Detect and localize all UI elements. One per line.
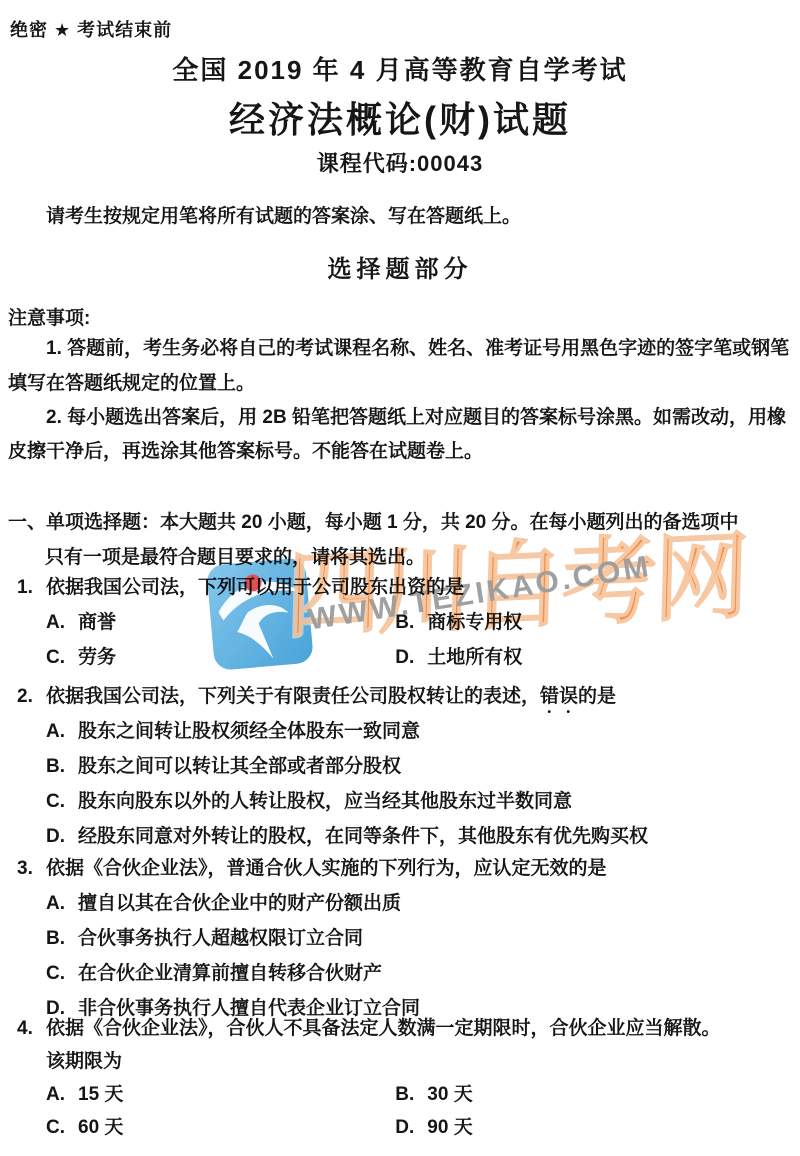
- option-label: C.: [46, 640, 65, 675]
- option-text: 商标专用权: [427, 612, 522, 633]
- classification-banner: 绝密 ★ 考试结束前: [10, 16, 172, 42]
- option-text: 股东之间可以转让其全部或者部分股权: [78, 756, 401, 777]
- question-1-option-c: C.劳务: [46, 640, 390, 675]
- option-text: 90 天: [427, 1117, 472, 1138]
- exam-title: 全国 2019 年 4 月高等教育自学考试: [0, 50, 800, 87]
- question-3-option-a: A.擅自以其在合伙企业中的财产份额出质: [0, 886, 800, 921]
- question-1-stem: 1. 依据我国公司法，下列可以用于公司股东出资的是: [0, 570, 800, 605]
- option-text: 擅自以其在合伙企业中的财产份额出质: [78, 893, 401, 914]
- answer-sheet-notice: 请考生按规定用笔将所有试题的答案涂、写在答题纸上。: [8, 201, 792, 228]
- option-text: 经股东同意对外转让的股权，在同等条件下，其他股东有优先购买权: [78, 826, 648, 847]
- question-4-stem-continuation: 该期限为: [46, 1051, 122, 1072]
- question-4-options-row-2: C.60 天 D.90 天: [0, 1111, 800, 1144]
- question-2-stem: 2. 依据我国公司法，下列关于有限责任公司股权转让的表述，错误的是: [0, 679, 800, 714]
- option-label: B.: [46, 921, 65, 956]
- question-3-stem: 3. 依据《合伙企业法》，普通合伙人实施的下列行为，应认定无效的是: [0, 851, 800, 886]
- option-text: 30 天: [427, 1084, 472, 1105]
- question-2: 2. 依据我国公司法，下列关于有限责任公司股权转让的表述，错误的是 A.股东之间…: [0, 679, 800, 854]
- question-2-stem-suffix: 的是: [578, 686, 616, 707]
- question-4-stem-text: 依据《合伙企业法》，合伙人不具备法定人数满一定期限时，合伙企业应当解散。: [46, 1018, 721, 1039]
- question-2-option-a: A.股东之间转让股权须经全体股东一致同意: [0, 714, 800, 749]
- question-3-option-c: C.在合伙企业清算前擅自转移合伙财产: [0, 956, 800, 991]
- option-text: 60 天: [78, 1117, 123, 1138]
- option-label: D.: [46, 819, 65, 854]
- course-code: 课程代码:00043: [0, 147, 800, 178]
- question-4-stem-line-2: 该期限为: [0, 1045, 800, 1078]
- question-2-option-c: C.股东向股东以外的人转让股权，应当经其他股东过半数同意: [0, 784, 800, 819]
- question-4-option-c: C.60 天: [46, 1111, 390, 1144]
- question-4-option-a: A.15 天: [46, 1078, 390, 1111]
- option-label: A.: [46, 605, 65, 640]
- section-title: 选择题部分: [0, 249, 800, 284]
- question-3: 3. 依据《合伙企业法》，普通合伙人实施的下列行为，应认定无效的是 A.擅自以其…: [0, 851, 800, 1026]
- option-text: 商誉: [78, 612, 116, 633]
- option-label: C.: [46, 1111, 65, 1144]
- note-1-line-1: 1. 答题前，考生务必将自己的考试课程名称、姓名、准考证号用黑色字迹的签字笔或钢…: [8, 337, 796, 361]
- question-4-option-b: B.30 天: [395, 1084, 472, 1105]
- question-1: 1. 依据我国公司法，下列可以用于公司股东出资的是 A.商誉 B.商标专用权 C…: [0, 570, 800, 675]
- option-label: A.: [46, 1078, 65, 1111]
- question-2-stem-prefix: 依据我国公司法，下列关于有限责任公司股权转让的表述，: [46, 686, 540, 707]
- option-text: 股东之间转让股权须经全体股东一致同意: [78, 721, 420, 742]
- option-text: 土地所有权: [427, 647, 522, 668]
- question-3-number: 3.: [17, 851, 33, 886]
- notes-title: 注意事项:: [8, 303, 90, 330]
- question-4-number: 4.: [17, 1012, 33, 1045]
- option-text: 股东向股东以外的人转让股权，应当经其他股东过半数同意: [78, 791, 572, 812]
- question-2-option-d: D.经股东同意对外转让的股权，在同等条件下，其他股东有优先购买权: [0, 819, 800, 854]
- part-one-heading-line-1: 一、单项选择题：本大题共 20 小题，每小题 1 分，共 20 分。在每小题列出…: [8, 507, 739, 534]
- question-3-option-b: B.合伙事务执行人超越权限订立合同: [0, 921, 800, 956]
- exam-paper-page: 绝密 ★ 考试结束前 全国 2019 年 4 月高等教育自学考试 经济法概论(财…: [0, 0, 800, 1156]
- question-4-option-d: D.90 天: [395, 1117, 472, 1138]
- option-label: B.: [395, 1078, 414, 1111]
- note-2-line-1: 2. 每小题选出答案后，用 2B 铅笔把答题纸上对应题目的答案标号涂黑。如需改动…: [8, 406, 796, 430]
- part-one-heading-line-2: 只有一项是最符合题目要求的，请将其选出。: [45, 542, 425, 569]
- note-1-line-2: 填写在答题纸规定的位置上。: [8, 372, 796, 396]
- option-label: B.: [395, 605, 414, 640]
- option-label: C.: [46, 784, 65, 819]
- note-2-line-2: 皮擦干净后，再选涂其他答案标号。不能答在试题卷上。: [8, 440, 796, 464]
- question-3-stem-text: 依据《合伙企业法》，普通合伙人实施的下列行为，应认定无效的是: [46, 858, 607, 879]
- option-label: C.: [46, 956, 65, 991]
- question-2-stem-emphasis: 错误: [540, 686, 578, 707]
- question-1-number: 1.: [17, 570, 33, 605]
- question-2-number: 2.: [17, 679, 33, 714]
- option-text: 在合伙企业清算前擅自转移合伙财产: [78, 963, 382, 984]
- question-4-options-row-1: A.15 天 B.30 天: [0, 1078, 800, 1111]
- paper-title: 经济法概论(财)试题: [0, 92, 800, 143]
- question-1-options-row-1: A.商誉 B.商标专用权: [0, 605, 800, 640]
- question-1-options-row-2: C.劳务 D.土地所有权: [0, 640, 800, 675]
- option-label: B.: [46, 749, 65, 784]
- question-1-stem-text: 依据我国公司法，下列可以用于公司股东出资的是: [46, 577, 464, 598]
- question-1-option-a: A.商誉: [46, 605, 390, 640]
- option-label: D.: [395, 1111, 414, 1144]
- option-text: 劳务: [78, 647, 116, 668]
- option-label: A.: [46, 714, 65, 749]
- question-1-option-b: B.商标专用权: [395, 612, 522, 633]
- option-label: A.: [46, 886, 65, 921]
- question-4-stem-line-1: 4. 依据《合伙企业法》，合伙人不具备法定人数满一定期限时，合伙企业应当解散。: [0, 1012, 800, 1045]
- question-1-option-d: D.土地所有权: [395, 647, 522, 668]
- option-text: 合伙事务执行人超越权限订立合同: [78, 928, 363, 949]
- option-label: D.: [395, 640, 414, 675]
- question-4: 4. 依据《合伙企业法》，合伙人不具备法定人数满一定期限时，合伙企业应当解散。 …: [0, 1012, 800, 1144]
- question-2-option-b: B.股东之间可以转让其全部或者部分股权: [0, 749, 800, 784]
- option-text: 15 天: [78, 1084, 123, 1105]
